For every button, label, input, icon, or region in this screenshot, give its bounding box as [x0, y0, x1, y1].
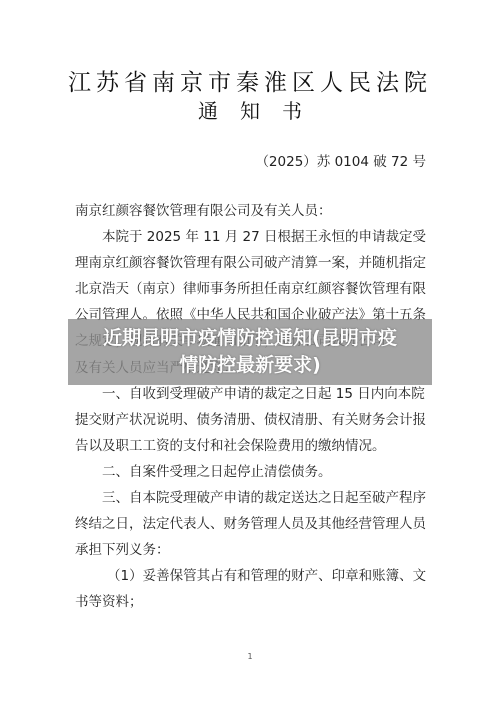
- page-number: 1: [0, 652, 500, 661]
- body-line: 承担下列义务：: [75, 537, 427, 563]
- court-title: 江苏省南京市秦淮区人民法院: [0, 64, 500, 97]
- body-line: 告以及职工工资的支付和社会保险费用的缴纳情况。: [75, 433, 427, 459]
- addressee-line: 南京红颜容餐饮管理有限公司及有关人员：: [75, 198, 427, 224]
- document-type-title: 通知书: [0, 95, 500, 124]
- notice-body: 南京红颜容餐饮管理有限公司及有关人员： 本院于 2025 年 11 月 27 日…: [75, 198, 427, 616]
- body-line: 书等资料；: [75, 589, 427, 615]
- body-line: 理南京红颜容餐饮管理有限公司破产清算一案，并随机指定: [75, 250, 427, 276]
- headline-line-1: 近期昆明市疫情防控通知(昆明市疫: [68, 325, 432, 352]
- body-line: 本院于 2025 年 11 月 27 日根据王永恒的申请裁定受: [75, 224, 427, 250]
- item-two-line: 二、自案件受理之日起停止清偿债务。: [75, 459, 427, 485]
- sub-item-one-line: （1）妥善保管其占有和管理的财产、印章和账簿、文: [75, 563, 427, 589]
- body-line: 终结之日，法定代表人、财务管理人员及其他经营管理人员: [75, 511, 427, 537]
- case-number: （2025）苏 0104 破 72 号: [255, 150, 426, 170]
- headline-line-2: 情防控最新要求): [68, 352, 432, 379]
- document-page: 江苏省南京市秦淮区人民法院 通知书 （2025）苏 0104 破 72 号 南京…: [0, 0, 500, 706]
- item-three-line: 三、自本院受理破产申请的裁定送达之日起至破产程序: [75, 485, 427, 511]
- body-line: 提交财产状况说明、债务清册、债权清册、有关财务会计报: [75, 407, 427, 433]
- headline-overlay-text: 近期昆明市疫情防控通知(昆明市疫 情防控最新要求): [68, 319, 432, 385]
- body-line: 北京浩天（南京）律师事务所担任南京红颜容餐饮管理有限: [75, 276, 427, 302]
